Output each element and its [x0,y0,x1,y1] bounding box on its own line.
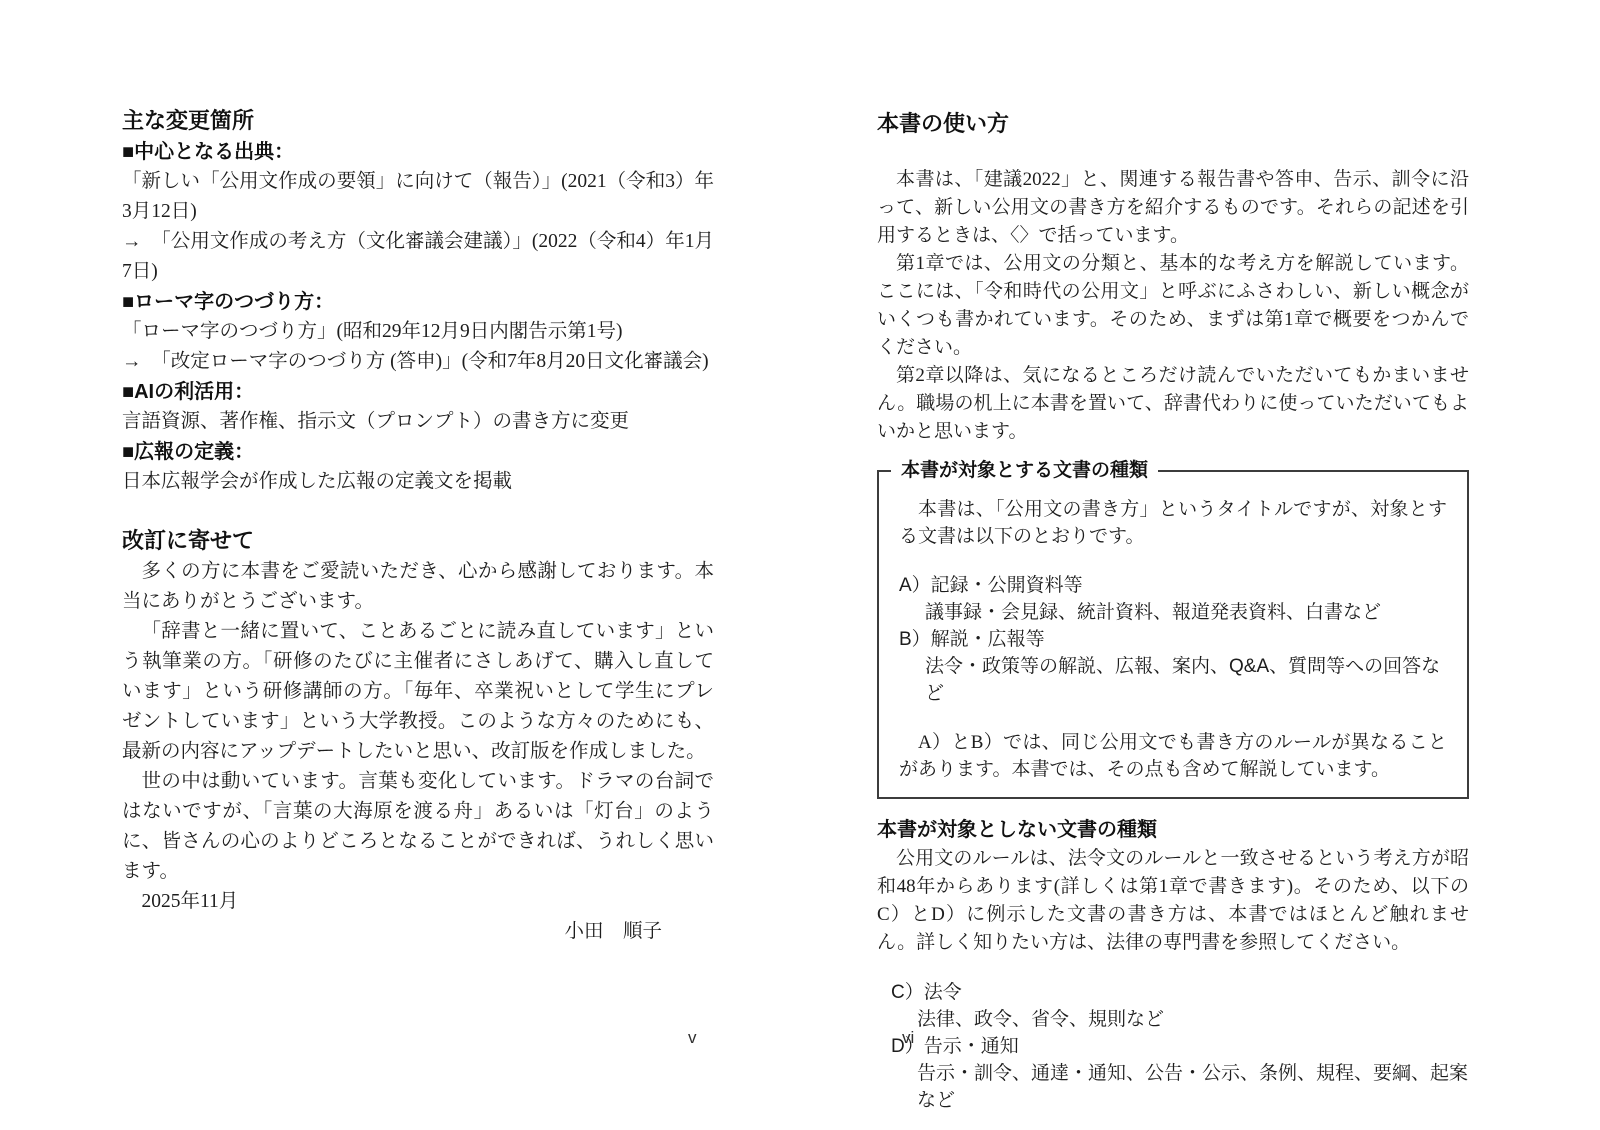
section-non-target: 本書が対象としない文書の種類 公用文のルールは、法令文のルールと一致させるという… [877,815,1469,1114]
how-to-use-paragraph: 本書は、「建議2022」と、関連する報告書や答申、告示、訓令に沿って、新しい公用… [877,166,1469,250]
change-entry-label-romaji: ■ローマ字のつづり方： [122,287,714,317]
page-number-right: vi [902,1028,914,1048]
non-target-paragraph: 公用文のルールは、法令文のルールと一致させるという考え方が昭和48年からあります… [877,845,1469,957]
preface-author: 小田 順子 [122,917,714,947]
preface-paragraph: 多くの方に本書をご愛読いただき、心から感謝しております。本当にありがとうございま… [122,557,714,617]
preface-paragraph: 世の中は動いています。言葉も変化しています。ドラマの台詞ではないですが、「言葉の… [122,767,714,887]
non-target-list: C）法令 法律、政令、省令、規則など D）告示・通知 告示・訓令、通達・通知、公… [877,979,1469,1114]
non-target-item-d-detail: 告示・訓令、通達・通知、公告・公示、条例、規程、要綱、起案など [917,1060,1469,1114]
change-entry-line: → 「公用文作成の考え方（文化審議会建議）」(2022（令和4）年1月7日) [122,227,714,287]
preface-date: 2025年11月 [122,887,714,917]
how-to-use-paragraph: 第2章以降は、気になるところだけ読んでいただいてもかまいません。職場の机上に本書… [877,362,1469,446]
non-target-item-c-label: C）法令 [891,979,1469,1006]
page-right: 本書の使い方 本書は、「建議2022」と、関連する報告書や答申、告示、訓令に沿っ… [877,108,1469,1114]
target-box-note: A）とB）では、同じ公用文でも書き方のルールが異なることがあります。本書では、そ… [899,729,1447,783]
preface-paragraph: 「辞書と一緒に置いて、ことあるごとに読み直しています」という執筆業の方。「研修の… [122,617,714,767]
target-item-b-label: B）解説・広報等 [899,626,1447,653]
preface-heading: 改訂に寄せて [122,525,714,557]
main-changes-heading: 主な変更箇所 [122,105,714,137]
page-left: 主な変更箇所 ■中心となる出典： 「新しい「公用文作成の要領」に向けて（報告）」… [122,105,714,947]
target-item-b-detail: 法令・政策等の解説、広報、案内、Q&A、質問等への回答など [899,653,1447,707]
how-to-use-heading: 本書の使い方 [877,108,1469,140]
target-item-a-detail: 議事録・会見録、統計資料、報道発表資料、白書など [899,599,1447,626]
change-entry-line: 「新しい「公用文作成の要領」に向けて（報告）」(2021（令和3）年3月12日) [122,167,714,227]
section-how-to-use: 本書の使い方 本書は、「建議2022」と、関連する報告書や答申、告示、訓令に沿っ… [877,108,1469,446]
change-entry-line: 言語資源、著作権、指示文（プロンプト）の書き方に変更 [122,407,714,437]
change-entry-line: → 「改定ローマ字のつづり方 (答申)」(令和7年8月20日文化審議会) [122,347,714,377]
section-main-changes: 主な変更箇所 ■中心となる出典： 「新しい「公用文作成の要領」に向けて（報告）」… [122,105,714,497]
book-spread: { "left_page": { "page_number": "v", "ch… [0,0,1600,1130]
non-target-item-d-label: D）告示・通知 [891,1033,1469,1060]
target-documents-box-title: 本書が対象とする文書の種類 [891,457,1158,485]
change-entry-label-pr: ■広報の定義： [122,437,714,467]
non-target-heading: 本書が対象としない文書の種類 [877,815,1469,845]
change-entry-line: 「ローマ字のつづり方」(昭和29年12月9日内閣告示第1号) [122,317,714,347]
non-target-item-c-detail: 法律、政令、省令、規則など [917,1006,1469,1033]
target-item-a-label: A）記録・公開資料等 [899,572,1447,599]
change-entry-label-ai: ■AIの利活用： [122,377,714,407]
page-number-left: v [688,1028,697,1048]
change-entry-label-source: ■中心となる出典： [122,137,714,167]
change-entry-line: 日本広報学会が作成した広報の定義文を掲載 [122,467,714,497]
how-to-use-paragraph: 第1章では、公用文の分類と、基本的な考え方を解説しています。ここには、「令和時代… [877,250,1469,362]
target-documents-box: 本書が対象とする文書の種類 本書は、「公用文の書き方」というタイトルですが、対象… [877,470,1469,799]
section-preface: 改訂に寄せて 多くの方に本書をご愛読いただき、心から感謝しております。本当にあり… [122,525,714,947]
target-box-intro: 本書は、「公用文の書き方」というタイトルですが、対象とする文書は以下のとおりです… [899,496,1447,550]
